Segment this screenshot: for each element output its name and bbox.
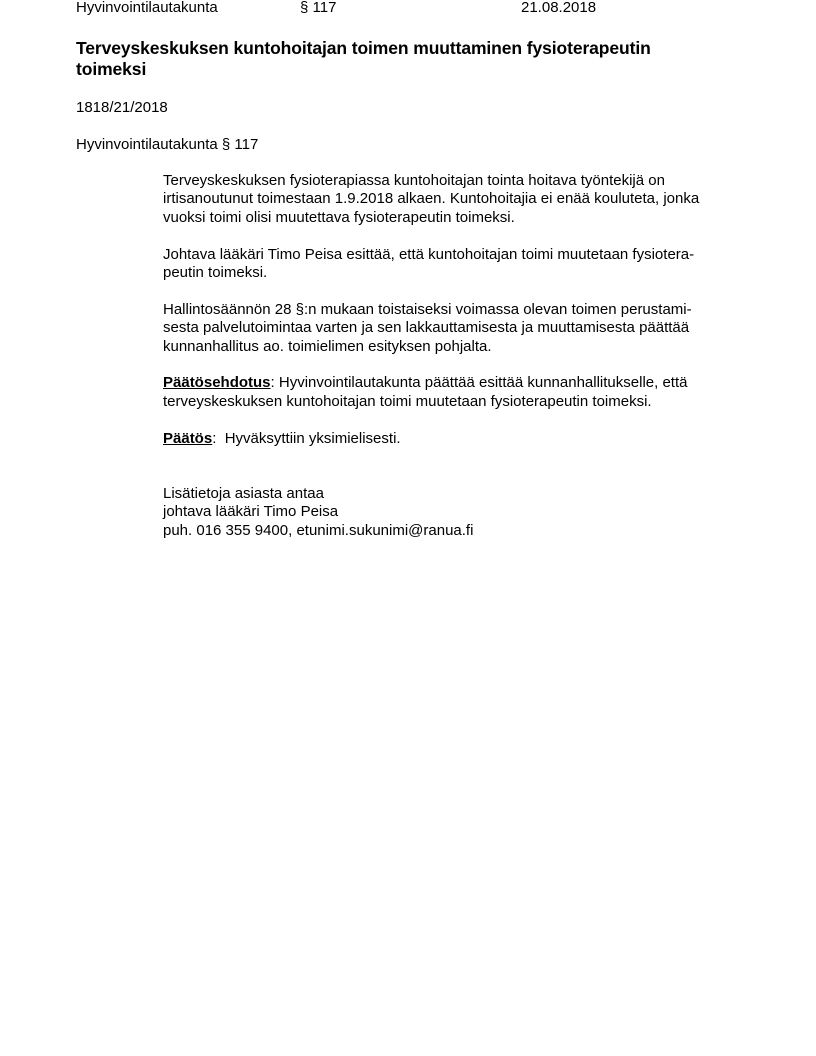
contact-line: puh. 016 355 9400, etunimi.sukunimi@ranu…: [163, 522, 753, 540]
decision-label: Päätös: [163, 430, 212, 447]
text-line: Hallintosäännön 28 §:n mukaan toistaisek…: [163, 301, 753, 319]
text-line: vuoksi toimi olisi muutettava fysioterap…: [163, 209, 753, 227]
text-line: Terveyskeskuksen fysioterapiassa kuntoho…: [163, 172, 753, 190]
paragraph-presentation: Johtava lääkäri Timo Peisa esittää, että…: [163, 246, 753, 283]
text-line: sesta palvelutoimintaa varten ja sen lak…: [163, 319, 753, 337]
text-line: peutin toimeksi.: [163, 264, 753, 282]
text-line: kunnanhallitus ao. toimielimen esityksen…: [163, 338, 753, 356]
meeting-reference: Hyvinvointilautakunta § 117: [76, 136, 258, 154]
document-number: 1818/21/2018: [76, 99, 168, 117]
document-body: Terveyskeskuksen fysioterapiassa kuntoho…: [163, 172, 753, 540]
paragraph-proposal: Päätösehdotus: Hyvinvointilautakunta pää…: [163, 374, 753, 411]
title-line-1: Terveyskeskuksen kuntohoitajan toimen mu…: [76, 38, 651, 58]
title-line-2: toimeksi: [76, 59, 146, 79]
text-line: irtisanoutunut toimestaan 1.9.2018 alkae…: [163, 190, 753, 208]
decision-text: Hyväksyttiin yksimielisesti.: [216, 430, 400, 447]
contact-line: johtava lääkäri Timo Peisa: [163, 503, 753, 521]
contact-info: Lisätietoja asiasta antaa johtava lääkär…: [163, 485, 753, 540]
proposal-text: Hyvinvointilautakunta päättää esittää ku…: [275, 374, 688, 391]
text-line: Päätös: Hyväksyttiin yksimielisesti.: [163, 430, 753, 448]
contact-line: Lisätietoja asiasta antaa: [163, 485, 753, 503]
proposal-label: Päätösehdotus: [163, 374, 271, 391]
paragraph-regulation: Hallintosäännön 28 §:n mukaan toistaisek…: [163, 301, 753, 356]
header-committee: Hyvinvointilautakunta: [76, 0, 218, 17]
text-line: terveyskeskuksen kuntohoitajan toimi muu…: [163, 393, 753, 411]
document-title: Terveyskeskuksen kuntohoitajan toimen mu…: [76, 38, 756, 80]
header-section-number: § 117: [300, 0, 336, 17]
paragraph-decision: Päätös: Hyväksyttiin yksimielisesti.: [163, 430, 753, 448]
text-line: Päätösehdotus: Hyvinvointilautakunta pää…: [163, 374, 753, 392]
text-line: Johtava lääkäri Timo Peisa esittää, että…: [163, 246, 753, 264]
header-date: 21.08.2018: [521, 0, 596, 17]
paragraph-background: Terveyskeskuksen fysioterapiassa kuntoho…: [163, 172, 753, 227]
